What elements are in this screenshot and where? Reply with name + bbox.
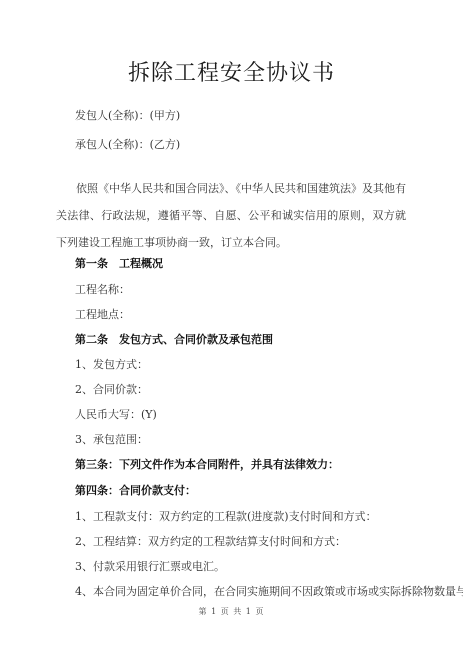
party-a-line: 发包人(全称)：(甲方)	[75, 107, 180, 123]
article-2-item: 1、发包方式：	[75, 356, 148, 372]
article-4-item: 1、工程款支付：双方约定的工程款(进度款)支付时间和方式：	[75, 508, 377, 524]
article-3-heading: 第三条：下列文件作为本合同附件，并具有法律效力：	[75, 456, 339, 472]
article-4-item: 2、工程结算：双方约定的工程款结算支付时间和方式：	[75, 533, 346, 549]
article-2-item: 3、承包范围：	[75, 431, 148, 447]
article-1-item: 工程地点：	[75, 306, 130, 322]
article-2-item: 2、合同价款：	[75, 381, 148, 397]
article-2-item: 人民币大写：(Y)	[75, 406, 157, 422]
article-4-item: 4、本合同为固定单价合同，在合同实施期间不因政策或市场或实际拆除物数量与	[75, 583, 463, 599]
document-title: 拆除工程安全协议书	[0, 56, 463, 87]
article-1-item: 工程名称：	[75, 281, 130, 297]
article-4-item: 3、付款采用银行汇票或电汇。	[75, 558, 225, 574]
intro-paragraph: 依照《中华人民共和国合同法》、《中华人民共和国建筑法》及其他有关法律、行政法规，…	[56, 175, 406, 256]
page-footer: 第 1 页 共 1 页	[0, 606, 463, 617]
party-b-line: 承包人(全称)：(乙方)	[75, 136, 180, 152]
article-1-heading: 第一条 工程概况	[75, 255, 163, 271]
article-4-heading: 第四条：合同价款支付：	[75, 482, 196, 498]
document-page: 拆除工程安全协议书 发包人(全称)：(甲方) 承包人(全称)：(乙方) 依照《中…	[0, 0, 463, 655]
article-2-heading: 第二条 发包方式、合同价款及承包范围	[75, 331, 273, 347]
